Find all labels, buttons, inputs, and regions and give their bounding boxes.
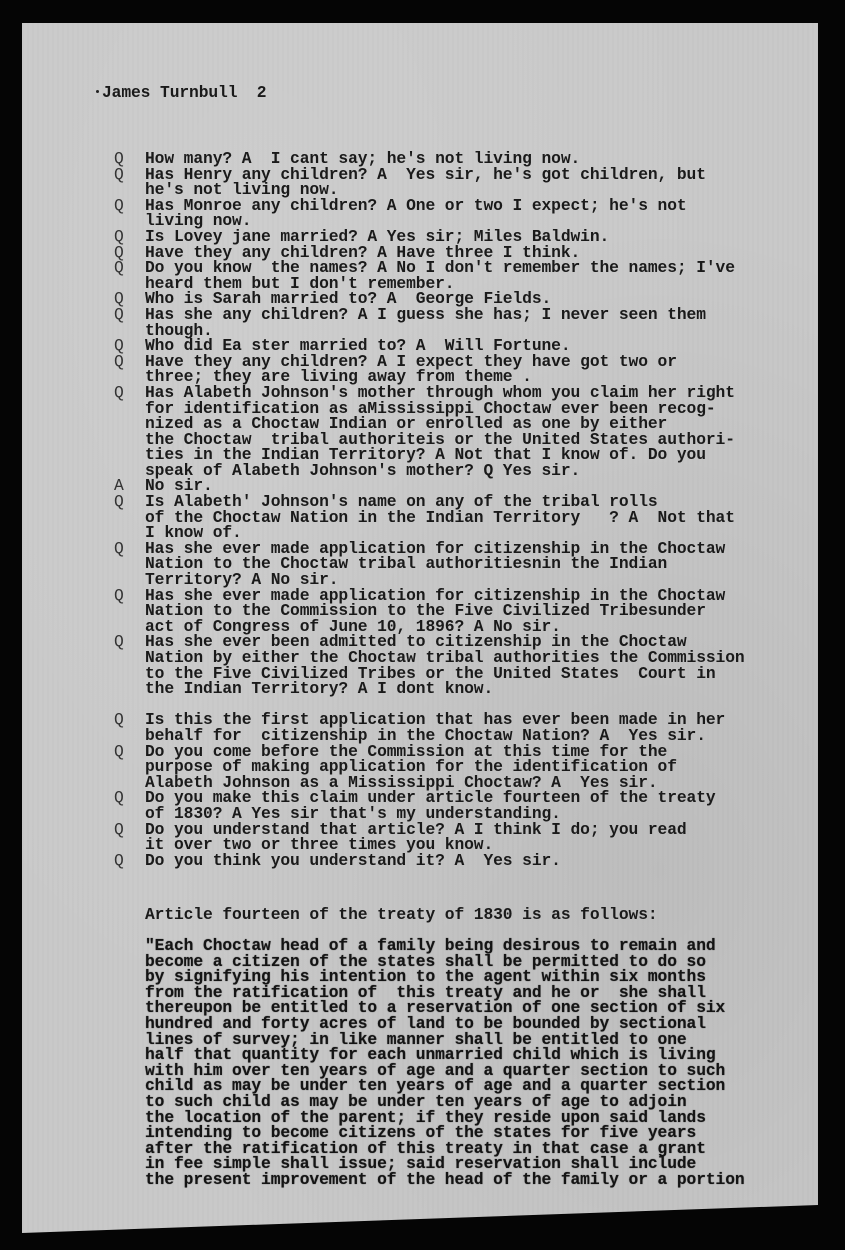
qa-entry: QDo you make this claim under article fo… <box>114 790 814 821</box>
typed-transcript: James Turnbull 2 QHow many? A I cant say… <box>0 0 845 1250</box>
quote-line: the present improvement of the head of t… <box>145 1172 745 1188</box>
text-line: speak of Alabeth Johnson's mother? Q Yes… <box>145 463 814 479</box>
page-header: James Turnbull 2 <box>102 85 266 101</box>
speaker-label: Q <box>114 634 124 650</box>
article-quote: "Each Choctaw head of a family being des… <box>145 938 745 1188</box>
text-line: the Indian Territory? A I dont know. <box>145 681 814 697</box>
speaker-label: Q <box>114 354 124 370</box>
qa-entry: QHas she ever been admitted to citizensh… <box>114 634 814 696</box>
speaker-label: Q <box>114 744 124 760</box>
qa-entry: QHave they any children? A I expect they… <box>114 354 814 385</box>
text-line: Do you think you understand it? A Yes si… <box>145 853 814 869</box>
qa-entry: QHas she ever made application for citiz… <box>114 588 814 635</box>
qa-entry: QDo you come before the Commission at th… <box>114 744 814 791</box>
speaker-label: Q <box>114 853 124 869</box>
qa-entry: QIs this the first application that has … <box>114 712 814 743</box>
speaker-label: Q <box>114 167 124 183</box>
qa-entry: QHas Henry any children? A Yes sir, he's… <box>114 167 814 198</box>
qa-entry: QDo you understand that article? A I thi… <box>114 822 814 853</box>
question-answer-list: QHow many? A I cant say; he's not living… <box>114 151 814 868</box>
stray-mark <box>96 90 99 93</box>
qa-entry: QDo you think you understand it? A Yes s… <box>114 853 814 869</box>
speaker-label: Q <box>114 541 124 557</box>
qa-entry: QIs Alabeth' Johnson's name on any of th… <box>114 494 814 541</box>
speaker-label: Q <box>114 790 124 806</box>
speaker-label: Q <box>114 307 124 323</box>
text-line: of the Choctaw Nation in the Indian Terr… <box>145 510 814 526</box>
speaker-label: Q <box>114 198 124 214</box>
speaker-label: Q <box>114 822 124 838</box>
qa-entry: QHas Monroe any children? A One or two I… <box>114 198 814 229</box>
qa-entry: QHas Alabeth Johnson's mother through wh… <box>114 385 814 479</box>
qa-entry: QDo you know the names? A No I don't rem… <box>114 260 814 291</box>
article-heading: Article fourteen of the treaty of 1830 i… <box>145 907 658 923</box>
speaker-label: Q <box>114 712 124 728</box>
speaker-label: Q <box>114 494 124 510</box>
qa-entry: QHas she any children? A I guess she has… <box>114 307 814 338</box>
text-line: Has she any children? A I guess she has;… <box>145 307 814 323</box>
speaker-label: Q <box>114 385 124 401</box>
speaker-label: Q <box>114 260 124 276</box>
qa-entry: QHas she ever made application for citiz… <box>114 541 814 588</box>
speaker-label: Q <box>114 588 124 604</box>
